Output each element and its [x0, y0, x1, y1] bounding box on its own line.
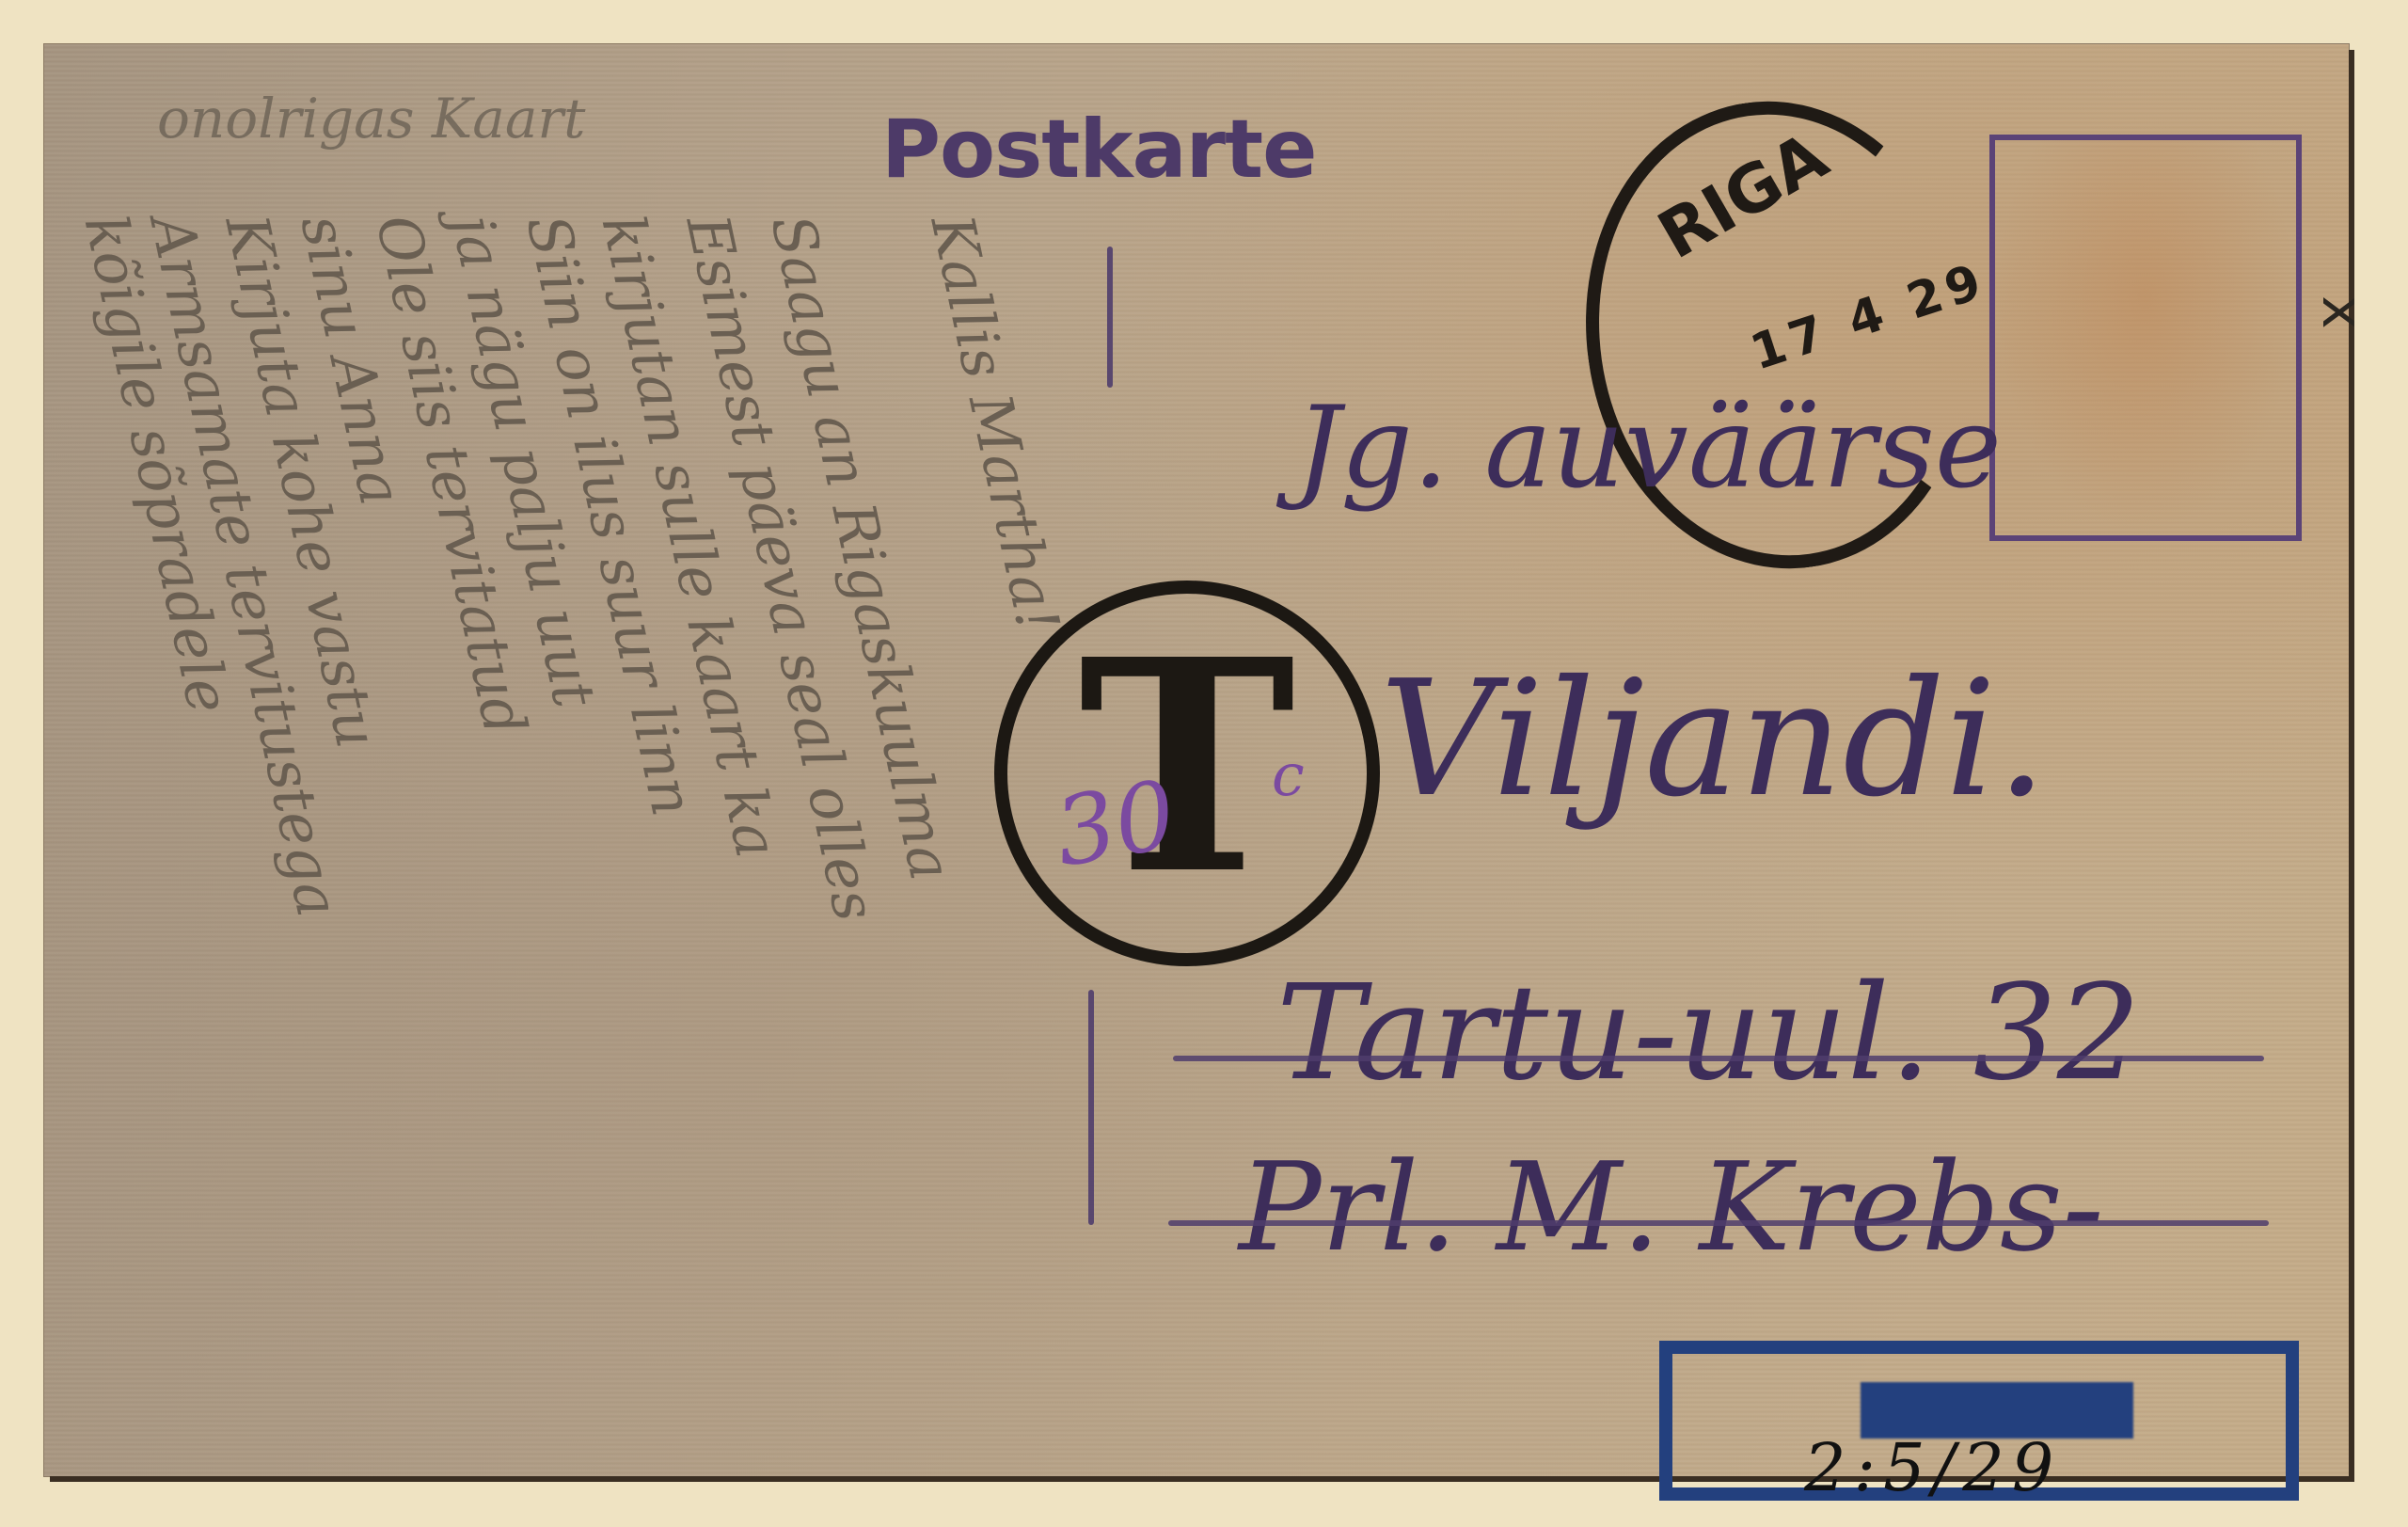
divider-line	[1088, 990, 1094, 1225]
postage-due-stamp: T	[994, 581, 1380, 966]
postcard-title: Postkarte	[881, 103, 1317, 197]
address-street: Tartu-uul. 32	[1276, 957, 2141, 1110]
edge-mark: x	[2309, 295, 2375, 329]
stamp-placeholder-box	[1989, 135, 2302, 541]
receiving-date: 2:5/29	[1804, 1429, 2061, 1506]
address-underline	[1173, 1056, 2264, 1061]
address-underline	[1168, 1220, 2269, 1226]
postage-due-amount: 30	[1047, 759, 1184, 888]
postage-due-letter: T	[1007, 622, 1367, 914]
address-recipient: Prl. M. Krebs-	[1239, 1136, 2104, 1279]
receiving-mark-box: 2:5/29	[1659, 1341, 2299, 1501]
message-line: Kallis Martha!	[918, 209, 1073, 638]
address-salutation: Jg. auväärse	[1295, 383, 2002, 514]
pencil-header-note: onolrigas Kaart	[157, 87, 585, 151]
address-city: Viljandi.	[1380, 646, 2047, 833]
divider-line	[1107, 247, 1113, 388]
postcard: onolrigas Kaart Postkarte Kallis Martha!…	[44, 44, 2349, 1476]
postage-due-unit: c	[1272, 740, 1305, 809]
